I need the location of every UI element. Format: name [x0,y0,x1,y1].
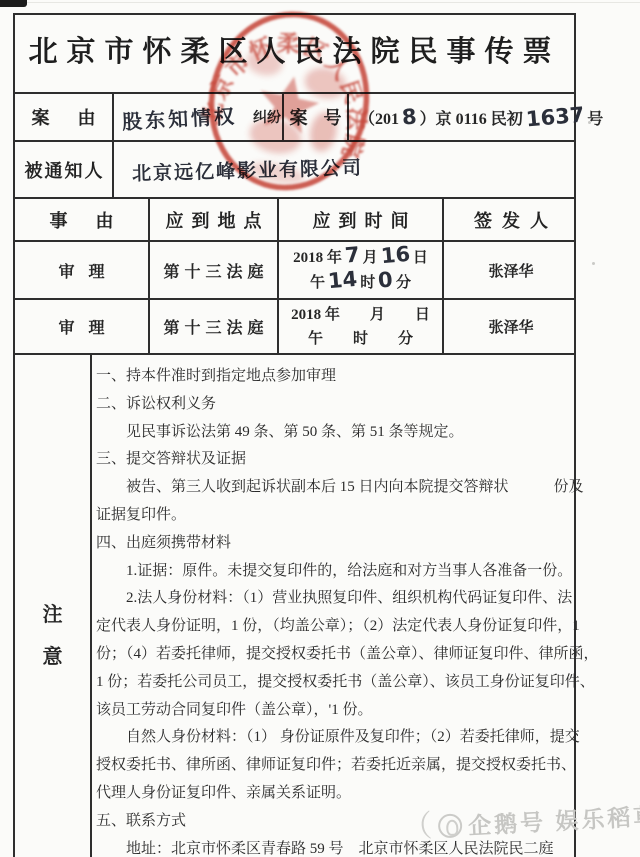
hour-handwritten: 14 [327,269,358,292]
case-number-label: 案号 [282,94,347,140]
notice-line: 证据复印件。 [96,502,578,530]
cause-printed-suffix: 纠纷 [253,107,281,127]
notice-line: 四、出庭须携带材料 [96,530,578,558]
cause-value: 股东知情权 纠纷 [112,94,282,140]
row1-place: 第十三法庭 [148,242,277,298]
row2-issuer: 张泽华 [442,300,578,353]
case-number-handwritten-8: 8 [401,106,417,128]
document-title: 北京市怀柔区人民法院民事传票 [15,15,574,70]
header-issuer: 签发人 [442,199,578,240]
notice-line: 2.法人身份材料：（1）营业执照复印件、组织机构代码证复印件、法 [96,585,578,613]
scan-edge-line [0,2,640,3]
scan-artifact-smudge [0,0,27,7]
notified-label: 被通知人 [15,142,112,197]
row1-matter: 审理 [15,242,148,298]
scan-speck [592,262,595,265]
row1-time: 2018 年7月16日 午14时0分 [277,242,442,298]
row2-place: 第十三法庭 [148,300,277,353]
schedule-header-row: 事由 应到地点 应到时间 签发人 [15,199,574,242]
watermark-bracket: （ [401,811,433,843]
row2-matter: 审理 [15,300,148,353]
minute-handwritten: 0 [377,269,393,291]
notice-line: 定代表人身份证明，1 份，（均盖公章）；（2）法定代表人身份证复印件，1 [96,613,578,641]
notice-vertical-label: 注 意 [15,355,90,857]
notice-line: 该员工劳动合同复印件（盖公章），'1 份。 [96,697,578,725]
header-matter: 事由 [15,199,148,240]
notice-line: 授权委托书、律所函、律师证复印件；若委托近亲属，提交授权委托书、 [96,752,578,780]
notice-line: 三、提交答辩状及证据 [96,446,578,474]
day-handwritten: 16 [380,244,411,267]
header-place: 应到地点 [148,199,277,240]
notice-line: 份；（4）若委托律师，提交授权委托书（盖公章）、律师证复印件、律所函， [96,641,578,669]
notice-line: 被告、第三人收到起诉状副本后 15 日内向本院提交答辩状 份及 [96,474,578,502]
month-handwritten: 7 [344,244,360,266]
case-number-handwritten-1637: 1637 [525,104,585,130]
notice-line: 二、诉讼权利义务 [96,391,578,419]
summons-form-table: 北京市怀柔区人民法院民事传票 案由 股东知情权 纠纷 案号 （2018）京 01… [13,13,576,857]
notice-line: 见民事诉讼法第 49 条、第 50 条、第 51 条等规定。 [96,419,578,447]
notice-body: 一、持本件准时到指定地点参加审理 二、诉讼权利义务 见民事诉讼法第 49 条、第… [90,355,578,857]
scanned-civil-summons: 北京市怀柔区人民法院民事传票 案由 股东知情权 纠纷 案号 （2018）京 01… [0,0,640,857]
row1-issuer: 张泽华 [442,242,578,298]
schedule-row-2: 审理 第十三法庭 2018 年 月 日 午 时 分 张泽华 [15,300,574,355]
case-row: 案由 股东知情权 纠纷 案号 （2018）京 0116 民初1637号 [15,94,574,142]
notice-row: 注 意 一、持本件准时到指定地点参加审理 二、诉讼权利义务 见民事诉讼法第 49… [15,355,574,857]
case-number-value: （2018）京 0116 民初1637号 [347,94,578,140]
notified-company-handwritten: 北京远亿峰影业有限公司 [132,153,364,186]
notice-line: 代理人身份证复印件、亲属关系证明。 [96,780,578,808]
notice-line: 自然人身份材料：（1） 身份证原件及复印件；（2）若委托律师，提交 [96,724,578,752]
header-time: 应到时间 [277,199,442,240]
cause-handwritten: 股东知情权 [121,100,237,135]
penguin-logo-icon [438,813,463,838]
row2-time: 2018 年 月 日 午 时 分 [277,300,442,353]
notice-line: 1 份；若委托公司员工，提交授权委托书（盖公章）、该员工身份证复印件、 [96,669,578,697]
notified-value: 北京远亿峰影业有限公司 [112,142,578,197]
notice-line: 1.证据：原件。未提交复印件的，给法庭和对方当事人各准备一份。 [96,558,578,586]
cause-label: 案由 [15,94,112,140]
title-row: 北京市怀柔区人民法院民事传票 [15,15,574,94]
notified-row: 被通知人 北京远亿峰影业有限公司 [15,142,574,199]
schedule-row-1: 审理 第十三法庭 2018 年7月16日 午14时0分 张泽华 [15,242,574,300]
notice-line: 一、持本件准时到指定地点参加审理 [96,363,578,391]
